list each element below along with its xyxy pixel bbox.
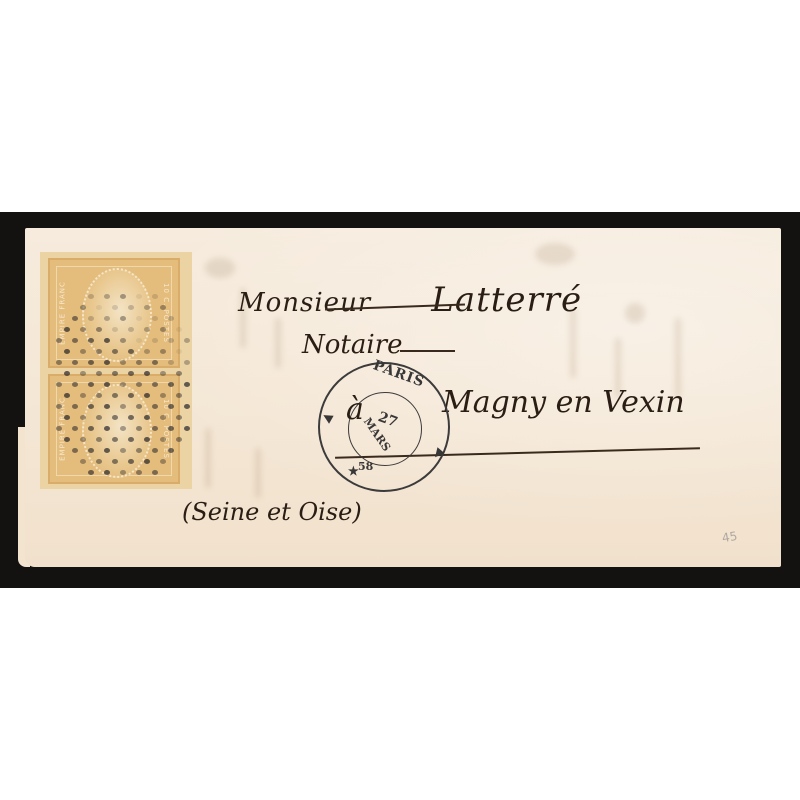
cancel-dot: [96, 459, 102, 464]
paper-stain: [275, 318, 281, 368]
cancel-dot: [160, 415, 166, 420]
cancel-dot: [184, 338, 190, 343]
cancel-dot: [104, 470, 110, 475]
address-line-4: (Seine et Oise): [182, 498, 362, 526]
cancel-dot: [96, 327, 102, 332]
cancel-dot: [120, 448, 126, 453]
cancel-dot: [120, 470, 126, 475]
cancel-dot: [104, 448, 110, 453]
cancel-dot: [56, 382, 62, 387]
cancel-dot: [168, 448, 174, 453]
address-line-3: Magny en Vexin: [442, 385, 685, 420]
cancel-dot: [112, 327, 118, 332]
cancel-dot: [112, 459, 118, 464]
cancel-dot: [88, 470, 94, 475]
cancel-dot: [184, 426, 190, 431]
cancel-dot: [96, 371, 102, 376]
paris-datestamp: PARIS 27 MARS 58 ★ ▲ ▼: [318, 362, 450, 492]
cancel-dot: [112, 393, 118, 398]
cancel-dot: [136, 294, 142, 299]
cancel-dot: [160, 393, 166, 398]
cancel-dot: [120, 426, 126, 431]
cancel-dot: [112, 371, 118, 376]
cancel-dot: [168, 426, 174, 431]
paper-stain: [205, 428, 211, 488]
cancel-dot: [96, 349, 102, 354]
cancel-dot: [144, 393, 150, 398]
cancel-dot: [72, 316, 78, 321]
cancel-dot: [112, 305, 118, 310]
cancel-dot: [160, 327, 166, 332]
cancel-dot: [104, 404, 110, 409]
cancel-dot: [96, 393, 102, 398]
cancel-dot: [96, 415, 102, 420]
cancel-dot: [168, 316, 174, 321]
cancel-dot: [120, 382, 126, 387]
paper-stain: [625, 303, 645, 323]
cancel-dot: [64, 371, 70, 376]
cancel-dot: [128, 349, 134, 354]
cancel-dot: [152, 426, 158, 431]
cancel-dot: [136, 404, 142, 409]
cancel-dot: [72, 404, 78, 409]
paper-stain: [205, 258, 235, 278]
cancel-dot: [72, 382, 78, 387]
cancel-dot: [184, 360, 190, 365]
cancel-dot: [128, 459, 134, 464]
cancel-dot: [152, 448, 158, 453]
cancel-dot: [64, 327, 70, 332]
cancel-dot: [184, 382, 190, 387]
cancel-dot: [80, 415, 86, 420]
cancel-dot: [72, 426, 78, 431]
cancel-dot: [88, 316, 94, 321]
cancel-dot: [80, 349, 86, 354]
handwritten-a-prefix: à: [346, 392, 364, 427]
cancel-dot: [72, 338, 78, 343]
stamp-pair: EMPIRE FRANC 10 C. POSTES EMPIRE FRANC 1…: [40, 252, 192, 489]
cancel-dot: [88, 294, 94, 299]
cancel-dot: [152, 316, 158, 321]
cancel-dot: [152, 382, 158, 387]
pen-flourish: [400, 350, 455, 352]
cancel-dot: [168, 382, 174, 387]
cancel-dot: [152, 338, 158, 343]
cancel-dot: [80, 437, 86, 442]
cancel-dot: [136, 448, 142, 453]
cancel-dot: [128, 371, 134, 376]
cancel-dot: [88, 360, 94, 365]
stamp-napoleon-10c: EMPIRE FRANC 10 C. POSTES: [48, 374, 180, 484]
cancel-dot: [88, 448, 94, 453]
cancel-dot: [136, 338, 142, 343]
cancel-dot: [96, 305, 102, 310]
paper-stain: [255, 448, 261, 498]
cancel-dot: [80, 459, 86, 464]
cancel-dot: [128, 305, 134, 310]
cancel-dot: [144, 459, 150, 464]
salutation: Monsieur: [238, 288, 371, 318]
cancel-dot: [144, 415, 150, 420]
cancel-dot: [96, 437, 102, 442]
cancel-dot: [104, 426, 110, 431]
cancel-dot: [56, 404, 62, 409]
cancel-dot: [144, 371, 150, 376]
cancel-dot: [160, 305, 166, 310]
cancel-dot: [120, 294, 126, 299]
cancel-dot: [184, 404, 190, 409]
cancel-dot: [80, 327, 86, 332]
cancel-dot: [136, 360, 142, 365]
cancel-dot: [168, 338, 174, 343]
cancel-dot: [136, 426, 142, 431]
cancel-dot: [136, 470, 142, 475]
cancel-dot: [176, 371, 182, 376]
cancel-dot: [64, 415, 70, 420]
datestamp-year: 58: [358, 460, 373, 473]
cancel-dot: [144, 437, 150, 442]
cancel-dot: [160, 437, 166, 442]
pencil-note: 45: [721, 529, 738, 545]
cancel-dot: [128, 437, 134, 442]
cancel-dot: [152, 294, 158, 299]
cancel-dot: [104, 316, 110, 321]
cancel-dot: [72, 360, 78, 365]
cancel-dot: [64, 393, 70, 398]
cancel-dot: [80, 371, 86, 376]
cancel-dot: [120, 360, 126, 365]
cancel-dot: [160, 459, 166, 464]
cancel-dot: [168, 360, 174, 365]
cancel-dot: [56, 426, 62, 431]
cancel-dot: [176, 349, 182, 354]
cancel-dot: [160, 349, 166, 354]
cancel-dot: [136, 316, 142, 321]
cancel-dot: [160, 371, 166, 376]
cancel-dot: [64, 437, 70, 442]
cancel-dot: [144, 327, 150, 332]
addressee-name: Latterré: [431, 280, 582, 320]
cancel-dot: [176, 415, 182, 420]
stamp-inscription-right: 10 C. POSTES: [162, 283, 170, 343]
address-line-2: Notaire: [302, 330, 402, 360]
cancel-dot: [88, 404, 94, 409]
cancel-dot: [72, 448, 78, 453]
paper-stain: [535, 243, 575, 265]
cancel-dot: [152, 470, 158, 475]
cancel-dot: [88, 382, 94, 387]
cancel-dot: [128, 415, 134, 420]
napoleon-portrait: [82, 384, 152, 478]
cancel-dot: [112, 415, 118, 420]
cancel-dot: [56, 338, 62, 343]
cancel-dot: [104, 360, 110, 365]
cancel-dot: [128, 393, 134, 398]
cancel-dot: [80, 393, 86, 398]
cancel-dot: [152, 360, 158, 365]
cancel-dot: [176, 393, 182, 398]
cancel-dot: [144, 349, 150, 354]
cancel-dot: [176, 327, 182, 332]
cancel-dot: [104, 338, 110, 343]
cancel-dot: [88, 426, 94, 431]
cancel-dot: [80, 305, 86, 310]
cancel-dot: [144, 305, 150, 310]
cancel-dot: [120, 404, 126, 409]
cancel-dot: [88, 338, 94, 343]
cancel-dot: [152, 404, 158, 409]
cancel-dot: [168, 404, 174, 409]
cancel-dot: [104, 294, 110, 299]
cancel-dot: [176, 437, 182, 442]
cancel-dot: [104, 382, 110, 387]
address-line-1: MonsieurLatterré: [238, 280, 582, 320]
cancel-dot: [112, 349, 118, 354]
cancel-dot: [136, 382, 142, 387]
cancel-dot: [64, 349, 70, 354]
cancel-dot: [128, 327, 134, 332]
cancel-dot: [120, 316, 126, 321]
cancel-dot: [112, 437, 118, 442]
star-icon: ★: [348, 464, 359, 478]
napoleon-portrait: [82, 268, 152, 362]
triangle-icon: ▲: [318, 410, 335, 425]
cancel-dot: [120, 338, 126, 343]
cancel-dot: [56, 360, 62, 365]
stamp-inscription-left: EMPIRE FRANC: [58, 281, 66, 345]
